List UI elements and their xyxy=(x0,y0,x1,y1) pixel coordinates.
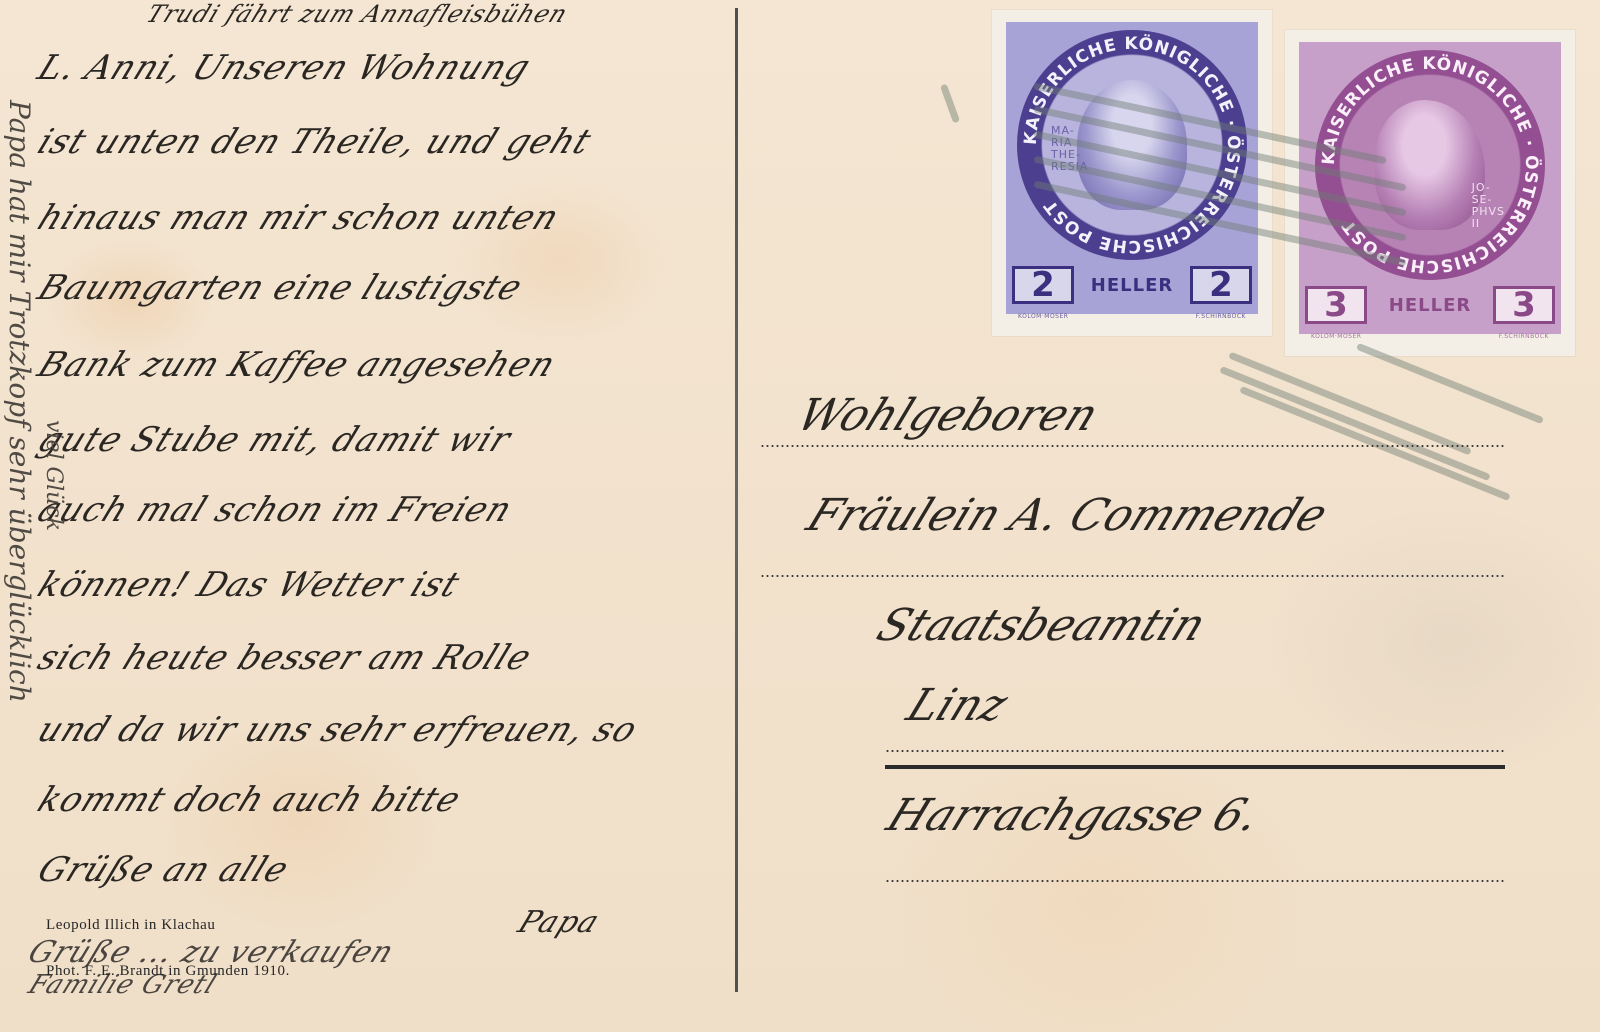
denomination: HELLER xyxy=(1389,295,1471,316)
message-line: L. Anni, Unseren Wohnung xyxy=(32,48,537,88)
address-title: Staatsbeamtin xyxy=(870,600,1213,651)
publisher-imprint: Leopold Illich in Klachau xyxy=(46,917,216,934)
value-left: 2 xyxy=(1012,266,1074,304)
message-area: Trudi fährt zum Annafleisbühen L. Anni, … xyxy=(30,0,730,1010)
message-line: Trudi fährt zum Annafleisbühen xyxy=(142,0,572,28)
stamp-medallion: KAISERLICHE KÖNIGLICHE · ÖSTERREICHISCHE… xyxy=(1017,30,1247,260)
svg-text:KAISERLICHE KÖNIGLICHE · ÖSTER: KAISERLICHE KÖNIGLICHE · ÖSTERREICHISCHE… xyxy=(1319,52,1543,276)
divider-line xyxy=(735,8,738,992)
value-right: 3 xyxy=(1493,286,1555,324)
address-dotted-line xyxy=(885,750,1505,752)
message-line: hinaus man mir schon unten xyxy=(32,198,566,238)
stamp-ring-text: KAISERLICHE KÖNIGLICHE · ÖSTERREICHISCHE… xyxy=(1315,50,1545,280)
denomination: HELLER xyxy=(1091,275,1173,296)
designer-credit: KOLOM·MOSER xyxy=(1311,333,1361,340)
message-line: sich heute besser am Rolle xyxy=(32,638,538,678)
address-salutation: Wohlgeboren xyxy=(790,390,1106,441)
stamp-medallion: KAISERLICHE KÖNIGLICHE · ÖSTERREICHISCHE… xyxy=(1315,50,1545,280)
margin-note: Papa hat mir Trotzkopf sehr überglücklic… xyxy=(3,100,36,703)
address-block: Wohlgeboren Fräulein A. Commende Staatsb… xyxy=(760,360,1560,920)
message-line: ist unten den Theile, und geht xyxy=(32,122,598,162)
message-line: gute Stube mit, damit wir xyxy=(32,420,517,460)
portrait-label: JO- SE- PHVS II xyxy=(1472,182,1505,230)
message-line: Bank zum Kaffee angesehen xyxy=(32,345,562,385)
value-row: 2 HELLER 2 KOLOM·MOSER F.SCHIRNBÖCK xyxy=(1006,264,1258,306)
value-right: 2 xyxy=(1190,266,1252,304)
value-row: 3 HELLER 3 KOLOM·MOSER F.SCHIRNBÖCK xyxy=(1299,284,1561,326)
designer-credit: KOLOM·MOSER xyxy=(1018,313,1068,320)
address-dotted-line xyxy=(760,445,1505,447)
message-line: Grüße an alle xyxy=(32,850,295,890)
address-street: Harrachgasse 6. xyxy=(880,790,1268,841)
photo-credit: Phot. F. E. Brandt in Gmunden 1910. xyxy=(46,963,290,980)
stamp-2-heller: KAISERLICHE KÖNIGLICHE · ÖSTERREICHISCHE… xyxy=(992,10,1272,336)
address-dotted-line xyxy=(760,575,1505,577)
value-left: 3 xyxy=(1305,286,1367,324)
message-line: Baumgarten eine lustigste xyxy=(32,268,529,308)
engraver-credit: F.SCHIRNBÖCK xyxy=(1499,333,1549,340)
stamp-3-heller: KAISERLICHE KÖNIGLICHE · ÖSTERREICHISCHE… xyxy=(1285,30,1575,356)
message-line: kommt doch auch bitte xyxy=(32,780,467,820)
address-city: Linz xyxy=(900,680,1015,731)
message-line: können! Das Wetter ist xyxy=(32,565,466,605)
message-line: und da wir uns sehr erfreuen, so xyxy=(32,710,644,750)
margin-note: viel Glück xyxy=(41,420,66,531)
address-dotted-line xyxy=(885,880,1505,882)
signature: Papa xyxy=(513,905,605,940)
message-line: auch mal schon im Freien xyxy=(32,490,519,530)
address-rule xyxy=(885,765,1505,769)
portrait-label: MA- RIA THE- RESIA xyxy=(1051,125,1088,173)
address-recipient: Fräulein A. Commende xyxy=(800,490,1335,541)
postcard: Trudi fährt zum Annafleisbühen L. Anni, … xyxy=(0,0,1600,1032)
engraver-credit: F.SCHIRNBÖCK xyxy=(1196,313,1246,320)
